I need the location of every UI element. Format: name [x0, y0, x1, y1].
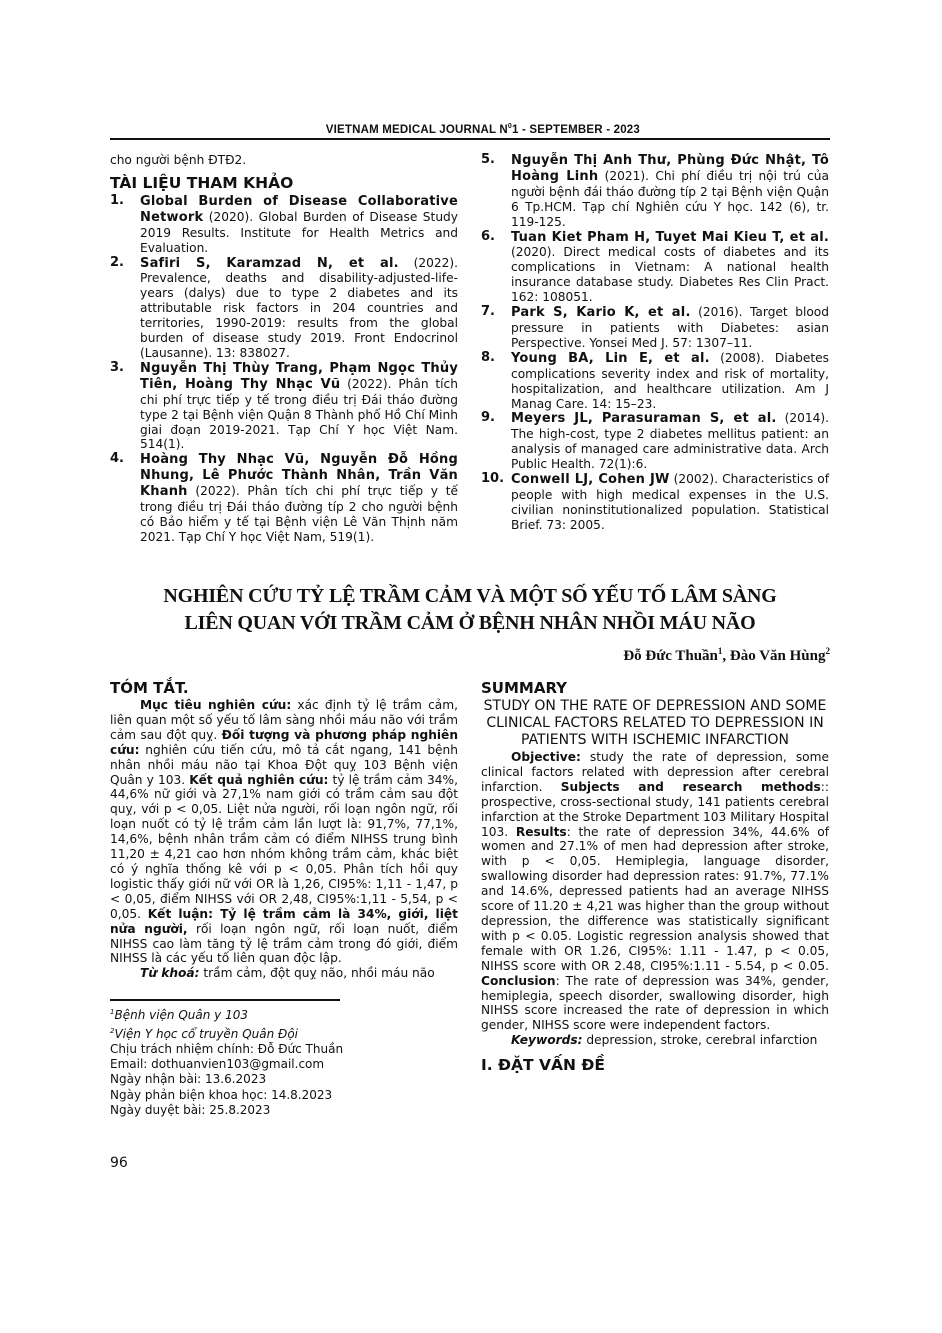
english-title: STUDY ON THE RATE OF DEPRESSION AND SOME… [481, 698, 829, 749]
carryover-text: cho người bệnh ĐTĐ2. [110, 153, 458, 168]
reference-item: 4.Hoàng Thy Nhạc Vũ, Nguyễn Đỗ Hồng Nhun… [110, 452, 458, 544]
page-number: 96 [110, 1155, 128, 1171]
abstract-vietnamese: TÓM TẮT. Mục tiêu nghiên cứu: xác định t… [110, 679, 458, 1118]
reference-item: 9.Meyers JL, Parasuraman S, et al. (2014… [481, 411, 829, 472]
summary-heading: SUMMARY [481, 679, 829, 697]
date-accepted: Ngày duyệt bài: 25.8.2023 [110, 1103, 458, 1118]
affiliation-2: 2Viện Y học cổ truyền Quân Đội [110, 1024, 458, 1042]
abstract-body-vi: Mục tiêu nghiên cứu: xác định tỷ lệ trầm… [110, 698, 458, 966]
introduction-heading: I. ĐẶT VẤN ĐỀ [481, 1058, 829, 1073]
right-column-references: 5.Nguyễn Thị Anh Thư, Phùng Đức Nhật, Tô… [481, 153, 829, 533]
title-line-1: NGHIÊN CỨU TỶ LỆ TRẦM CẢM VÀ MỘT SỐ YẾU … [110, 583, 830, 610]
title-line-2: LIÊN QUAN VỚI TRẦM CẢM Ở BỆNH NHÂN NHỒI … [110, 610, 830, 637]
reference-item: 1.Global Burden of Disease Collaborative… [110, 194, 458, 256]
references-heading: TÀI LIỆU THAM KHẢO [110, 174, 458, 192]
affiliation-1: 1Bệnh viện Quân y 103 [110, 1005, 458, 1023]
left-column-references: cho người bệnh ĐTĐ2. TÀI LIỆU THAM KHẢO … [110, 153, 458, 545]
abstract-body-en: Objective: study the rate of depression,… [481, 750, 829, 1033]
journal-name: VIETNAM MEDICAL JOURNAL N [326, 124, 508, 136]
reference-item: 2.Safiri S, Karamzad N, et al. (2022). P… [110, 256, 458, 361]
issue-info: 1 - SEPTEMBER - 2023 [512, 124, 640, 136]
reference-list-right: 5.Nguyễn Thị Anh Thư, Phùng Đức Nhật, Tô… [481, 153, 829, 533]
author-list: Đỗ Đức Thuần1, Đào Văn Hùng2 [110, 646, 830, 665]
footnote-rule [110, 999, 340, 1001]
abstract-english: SUMMARY STUDY ON THE RATE OF DEPRESSION … [481, 679, 829, 1073]
abstract-heading-vi: TÓM TẮT. [110, 679, 458, 697]
author-2: Đào Văn Hùng [730, 648, 826, 664]
journal-page: VIETNAM MEDICAL JOURNAL N01 - SEPTEMBER … [0, 0, 942, 1333]
reference-item: 10.Conwell LJ, Cohen JW (2002). Characte… [481, 472, 829, 533]
reference-list-left: 1.Global Burden of Disease Collaborative… [110, 194, 458, 545]
running-header: VIETNAM MEDICAL JOURNAL N01 - SEPTEMBER … [110, 123, 830, 136]
date-reviewed: Ngày phản biện khoa học: 14.8.2023 [110, 1088, 458, 1103]
email: Email: dothuanvien103@gmail.com [110, 1057, 458, 1072]
keywords-en: Keywords: depression, stroke, cerebral i… [481, 1033, 829, 1048]
reference-item: 3.Nguyễn Thị Thùy Trang, Phạm Ngọc Thủy … [110, 361, 458, 452]
keywords-vi: Từ khoá: trầm cảm, đột quỵ não, nhồi máu… [110, 966, 458, 981]
reference-item: 5.Nguyễn Thị Anh Thư, Phùng Đức Nhật, Tô… [481, 153, 829, 230]
author-1: Đỗ Đức Thuần [623, 648, 718, 664]
date-received: Ngày nhận bài: 13.6.2023 [110, 1072, 458, 1087]
header-rule [110, 138, 830, 140]
article-title: NGHIÊN CỨU TỶ LỆ TRẦM CẢM VÀ MỘT SỐ YẾU … [110, 583, 830, 637]
footnotes: 1Bệnh viện Quân y 103 2Viện Y học cổ tru… [110, 1005, 458, 1118]
reference-item: 7.Park S, Kario K, et al. (2016). Target… [481, 305, 829, 351]
corresponding-author: Chịu trách nhiệm chính: Đỗ Đức Thuần [110, 1042, 458, 1057]
reference-item: 6.Tuan Kiet Pham H, Tuyet Mai Kieu T, et… [481, 230, 829, 306]
reference-item: 8.Young BA, Lin E, et al. (2008). Diabet… [481, 351, 829, 412]
